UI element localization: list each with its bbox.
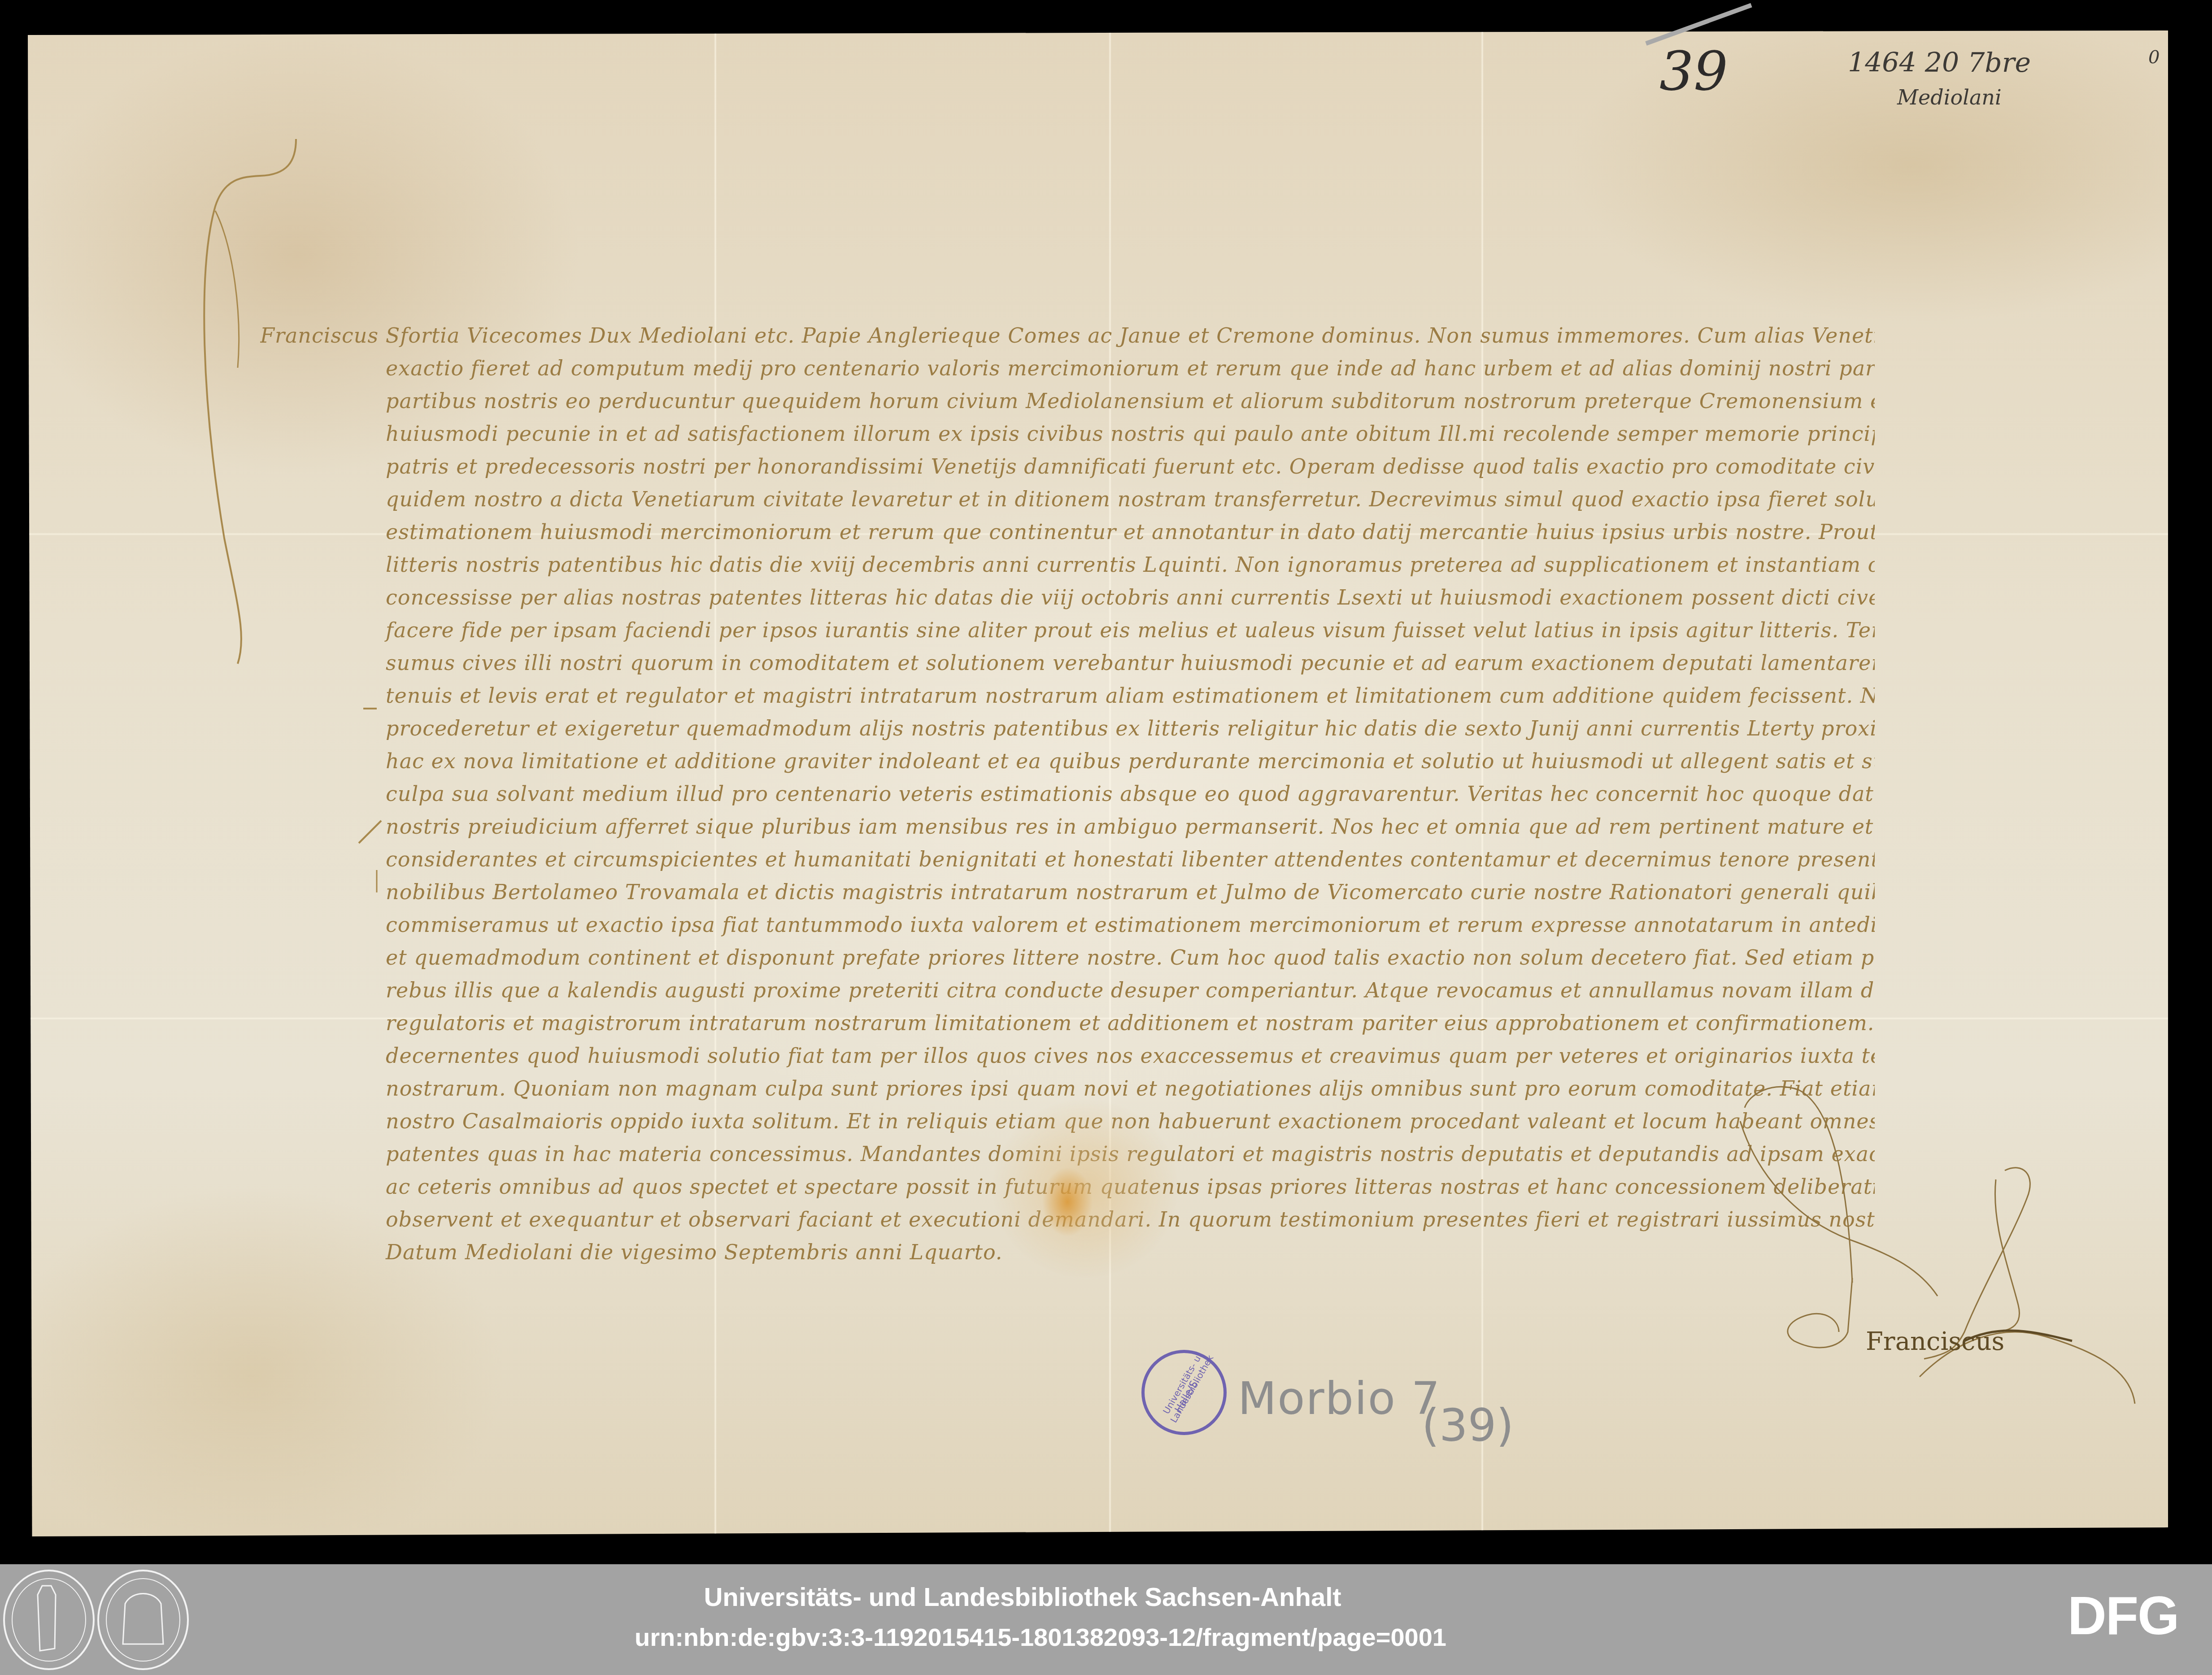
text-line: hac ex nova limitatione et additione gra… <box>260 745 1875 778</box>
text-line: litteris nostris patentibus hic datis di… <box>260 548 1875 581</box>
text-line: facere fide per ipsam faciendi per ipsos… <box>260 614 1875 647</box>
text-line: nobilibus Bertolameo Trovamala et dictis… <box>260 876 1875 909</box>
text-line: estimationem huiusmodi mercimoniorum et … <box>260 516 1875 548</box>
text-line: commiseramus ut exactio ipsa fiat tantum… <box>260 909 1875 941</box>
image-viewer: Franciscus Sfortia Vicecomes Dux Mediola… <box>0 0 2212 1564</box>
text-line: concessisse per alias nostras patentes l… <box>260 581 1875 614</box>
place-annotation: Mediolani <box>1897 85 2002 109</box>
text-line: huiusmodi pecunie in et ad satisfactione… <box>260 418 1875 450</box>
signature-flourish-icon: Franciscus <box>1731 1054 2180 1413</box>
text-line: decernentes quod huiusmodi solutio fiat … <box>260 1040 1875 1072</box>
text-line: considerantes et circumspicientes et hum… <box>260 843 1875 876</box>
text-line: culpa sua solvant medium illud pro cente… <box>260 778 1875 810</box>
text-line: procederetur et exigeretur quemadmodum a… <box>260 712 1875 745</box>
text-line: et quemadmodum continent et disponunt pr… <box>260 941 1875 974</box>
text-line: sumus cives illi nostri quorum in comodi… <box>260 647 1875 679</box>
text-line: Franciscus Sfortia Vicecomes Dux Mediola… <box>260 319 1875 352</box>
dfg-logo: DFG <box>2068 1591 2178 1640</box>
text-line: rebus illis que a kalendis augusti proxi… <box>260 974 1875 1007</box>
urn-identifier[interactable]: urn:nbn:de:gbv:3:3-1192015415-1801382093… <box>502 1623 1579 1652</box>
text-line: patris et predecessoris nostri per honor… <box>260 450 1875 483</box>
corner-mark: 0 <box>2148 47 2160 68</box>
text-line: nostris preiudicium afferret sique pluri… <box>260 810 1875 843</box>
text-line: tenuis et levis erat et regulator et mag… <box>260 679 1875 712</box>
pencil-number: (39) <box>1422 1399 1514 1452</box>
shelf-number-struck: 39 <box>1659 40 1728 103</box>
text-line: regulatoris et magistrorum intratarum no… <box>260 1007 1875 1040</box>
text-line: exactio fieret ad computum medij pro cen… <box>260 352 1875 385</box>
signature-name: Franciscus <box>1866 1327 2004 1356</box>
text-line: quidem nostro a dicta Venetiarum civitat… <box>260 483 1875 516</box>
institution-name: Universitäts- und Landesbibliothek Sachs… <box>538 1582 1507 1612</box>
text-line: partibus nostris eo perducuntur quequide… <box>260 385 1875 418</box>
library-stamp: Universitäts- u. Landesbibliothek Halle/… <box>1141 1350 1227 1435</box>
university-seals-icon <box>2 1568 213 1672</box>
date-annotation: 1464 20 7bre <box>1848 47 2031 78</box>
pencil-shelfmark: Morbio 7 <box>1238 1372 1441 1425</box>
wax-seal-residue <box>960 1072 1211 1305</box>
footer-bar: Universitäts- und Landesbibliothek Sachs… <box>0 1564 2212 1675</box>
